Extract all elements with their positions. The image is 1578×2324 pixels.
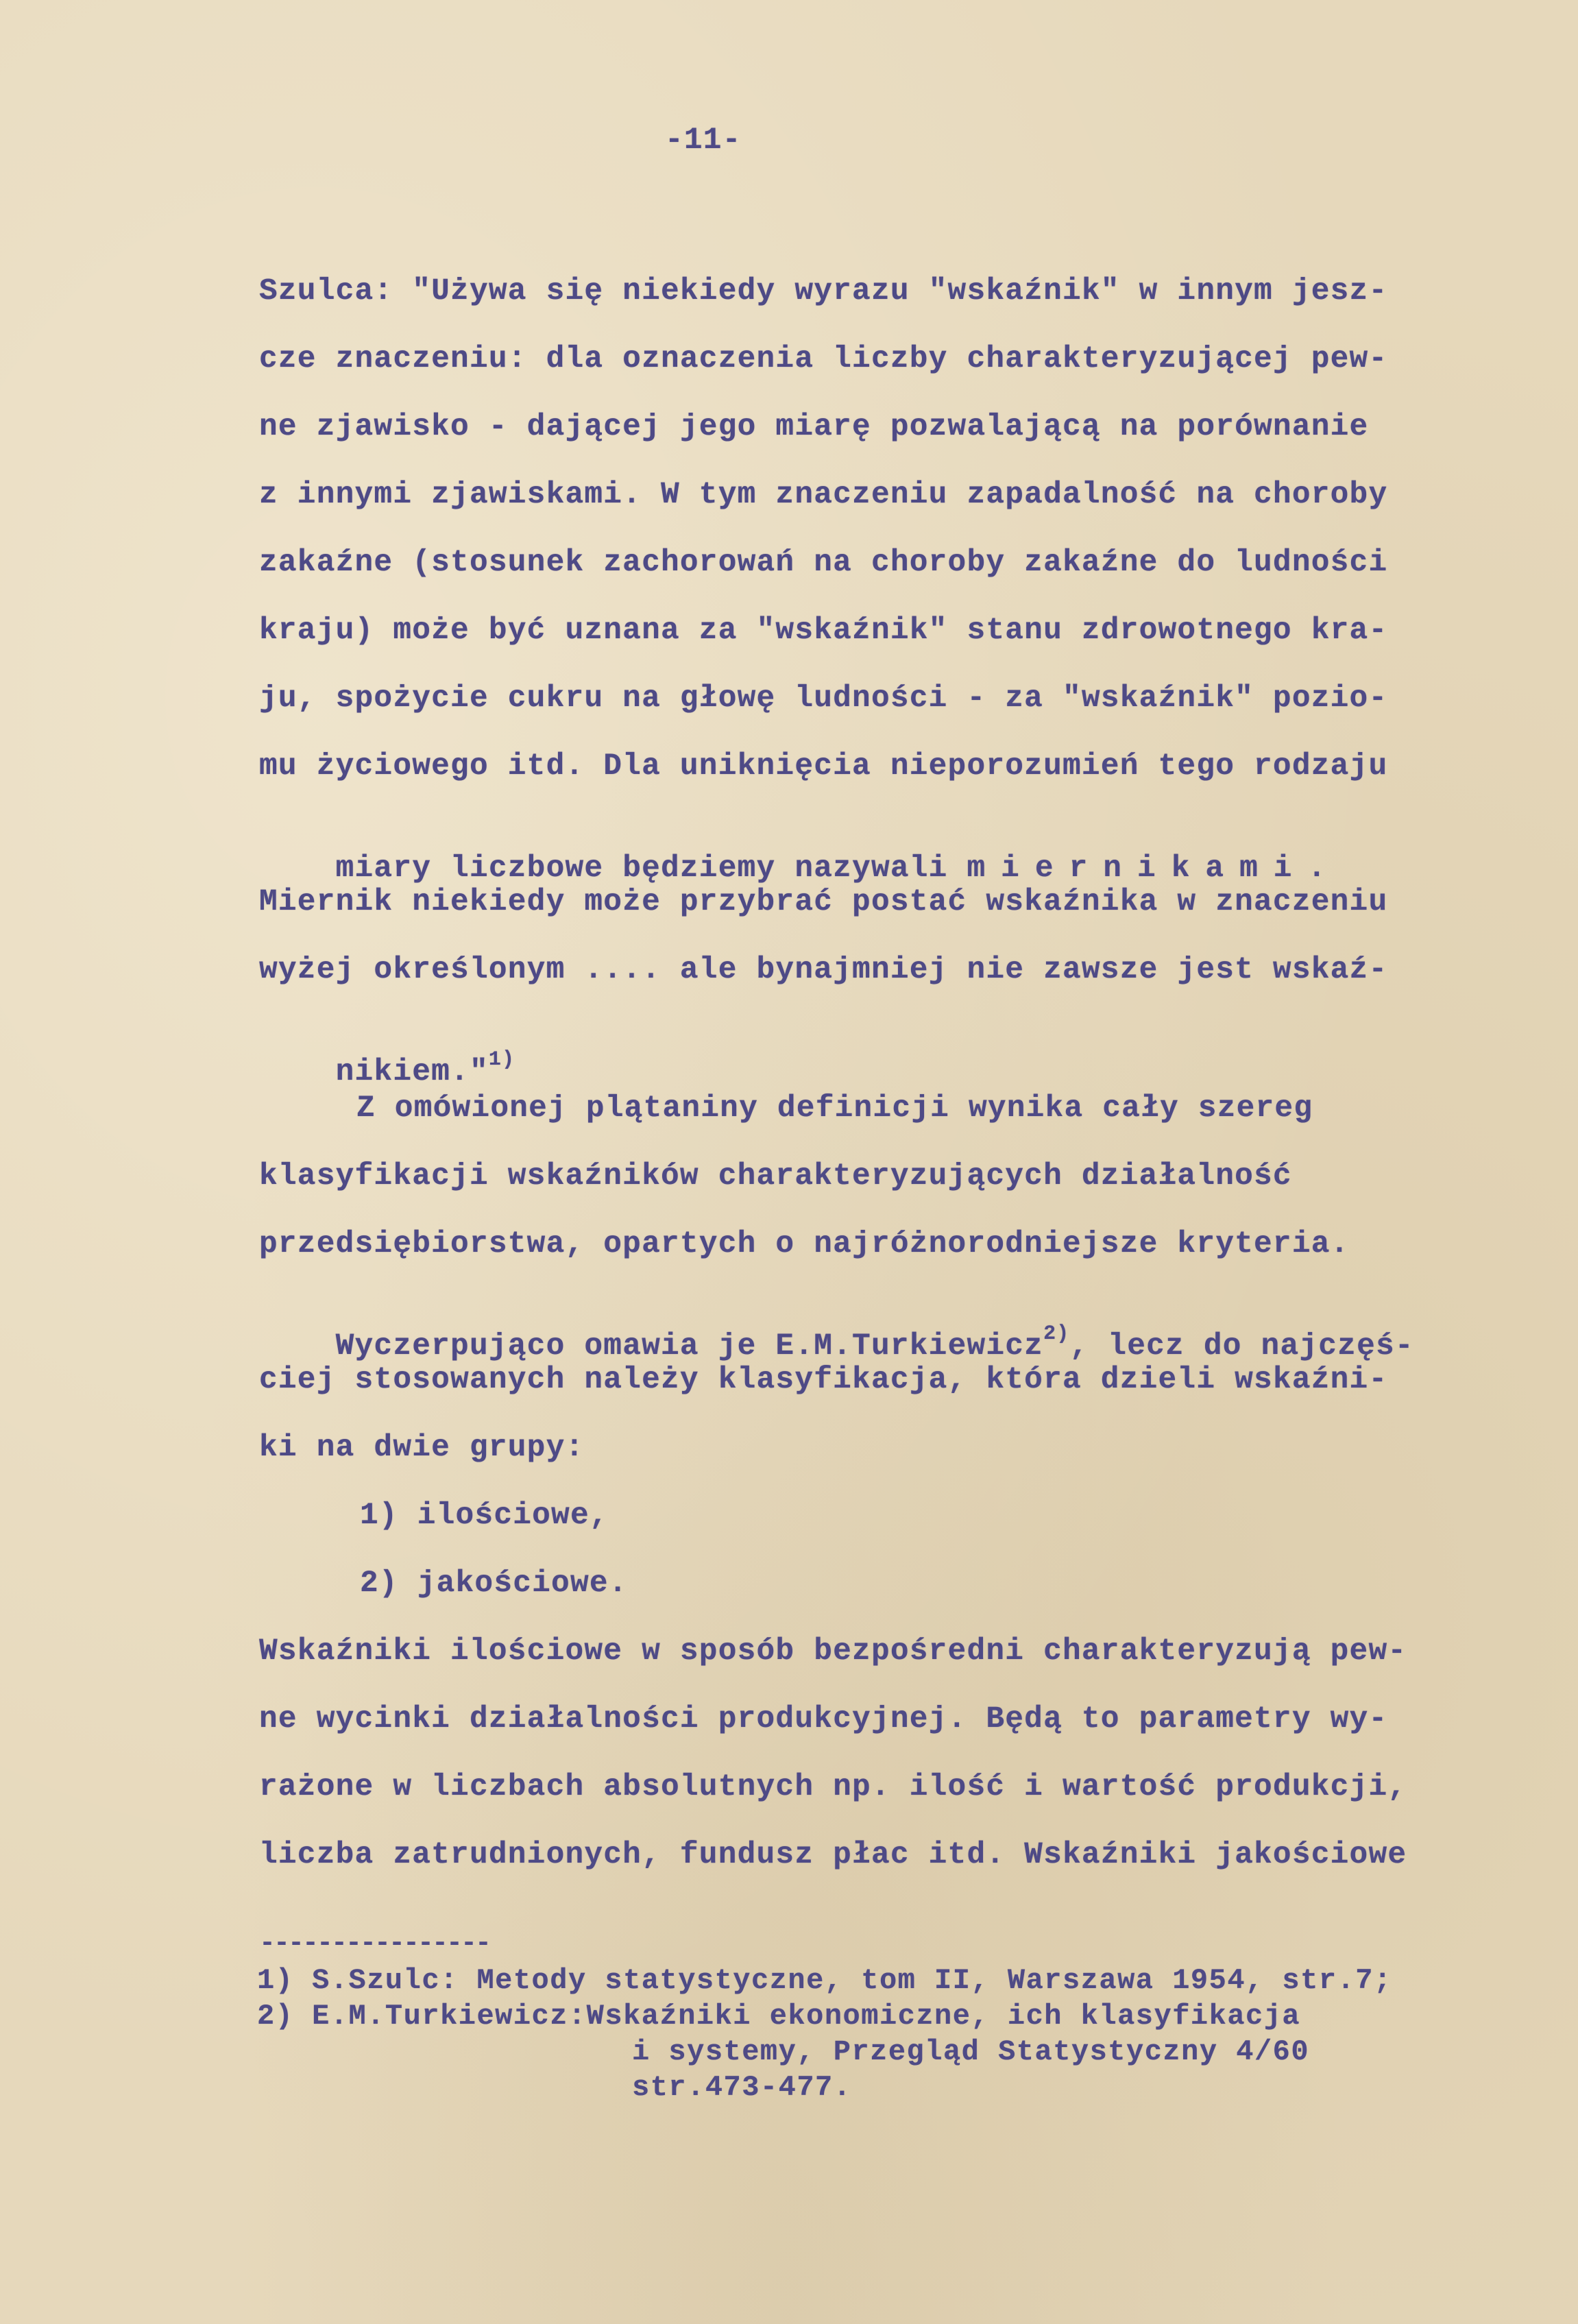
- footnote-2: 2) E.M.Turkiewicz:Wskaźniki ekonomiczne,…: [257, 2000, 1300, 2033]
- text-line: zakaźne (stosunek zachorowań na choroby …: [259, 546, 1387, 580]
- text-line: przedsiębiorstwa, opartych o najróżnorod…: [259, 1227, 1350, 1261]
- footnote-divider: ----------------: [259, 1928, 489, 1959]
- page-number: -11-: [665, 123, 742, 158]
- text-line: klasyfikacji wskaźników charakteryzujący…: [259, 1159, 1292, 1194]
- text-line: Wskaźniki ilościowe w sposób bezpośredni…: [259, 1634, 1407, 1669]
- text-line: cze znaczeniu: dla oznaczenia liczby cha…: [259, 342, 1387, 376]
- text-line: ciej stosowanych należy klasyfikacja, kt…: [259, 1363, 1387, 1397]
- text-line: liczba zatrudnionych, fundusz płac itd. …: [259, 1838, 1407, 1872]
- text-line: Z omówionej plątaniny definicji wynika c…: [356, 1091, 1313, 1126]
- text-line: wyżej określonym .... ale bynajmniej nie…: [259, 953, 1387, 987]
- text-segment: Wyczerpująco omawia je E.M.Turkiewicz: [336, 1329, 1043, 1364]
- footnote-reference-1: 1): [489, 1048, 515, 1072]
- text-segment: miary liczbowe będziemy nazywali: [336, 851, 967, 886]
- text-line: mu życiowego itd. Dla uniknięcia nieporo…: [259, 749, 1387, 784]
- text-line: z innymi zjawiskami. W tym znaczeniu zap…: [259, 478, 1387, 512]
- text-line: kraju) może być uznana za "wskaźnik" sta…: [259, 614, 1387, 648]
- text-line: ne zjawisko - dającej jego miarę pozwala…: [259, 410, 1368, 444]
- text-line: ki na dwie grupy:: [259, 1431, 584, 1465]
- text-segment: nikiem.": [336, 1055, 489, 1089]
- text-line: ne wycinki działalności produkcyjnej. Bę…: [259, 1702, 1387, 1736]
- text-line: rażone w liczbach absolutnych np. ilość …: [259, 1770, 1407, 1804]
- text-segment: , lecz do najczęś-: [1070, 1329, 1414, 1364]
- list-item: 1) ilościowe,: [360, 1499, 609, 1533]
- text-line: ju, spożycie cukru na głowę ludności - z…: [259, 681, 1387, 716]
- footnote-1: 1) S.Szulc: Metody statystyczne, tom II,…: [257, 1964, 1392, 1997]
- footnote-reference-2: 2): [1043, 1322, 1069, 1346]
- list-item: 2) jakościowe.: [360, 1566, 628, 1601]
- footnote-2-continuation: i systemy, Przegląd Statystyczny 4/60: [632, 2035, 1309, 2068]
- text-line: Szulca: "Używa się niekiedy wyrazu "wska…: [259, 274, 1387, 308]
- emphasized-term: miernikami.: [967, 851, 1342, 886]
- footnote-2-continuation: str.473-477.: [632, 2071, 851, 2104]
- text-line: Miernik niekiedy może przybrać postać ws…: [259, 885, 1387, 919]
